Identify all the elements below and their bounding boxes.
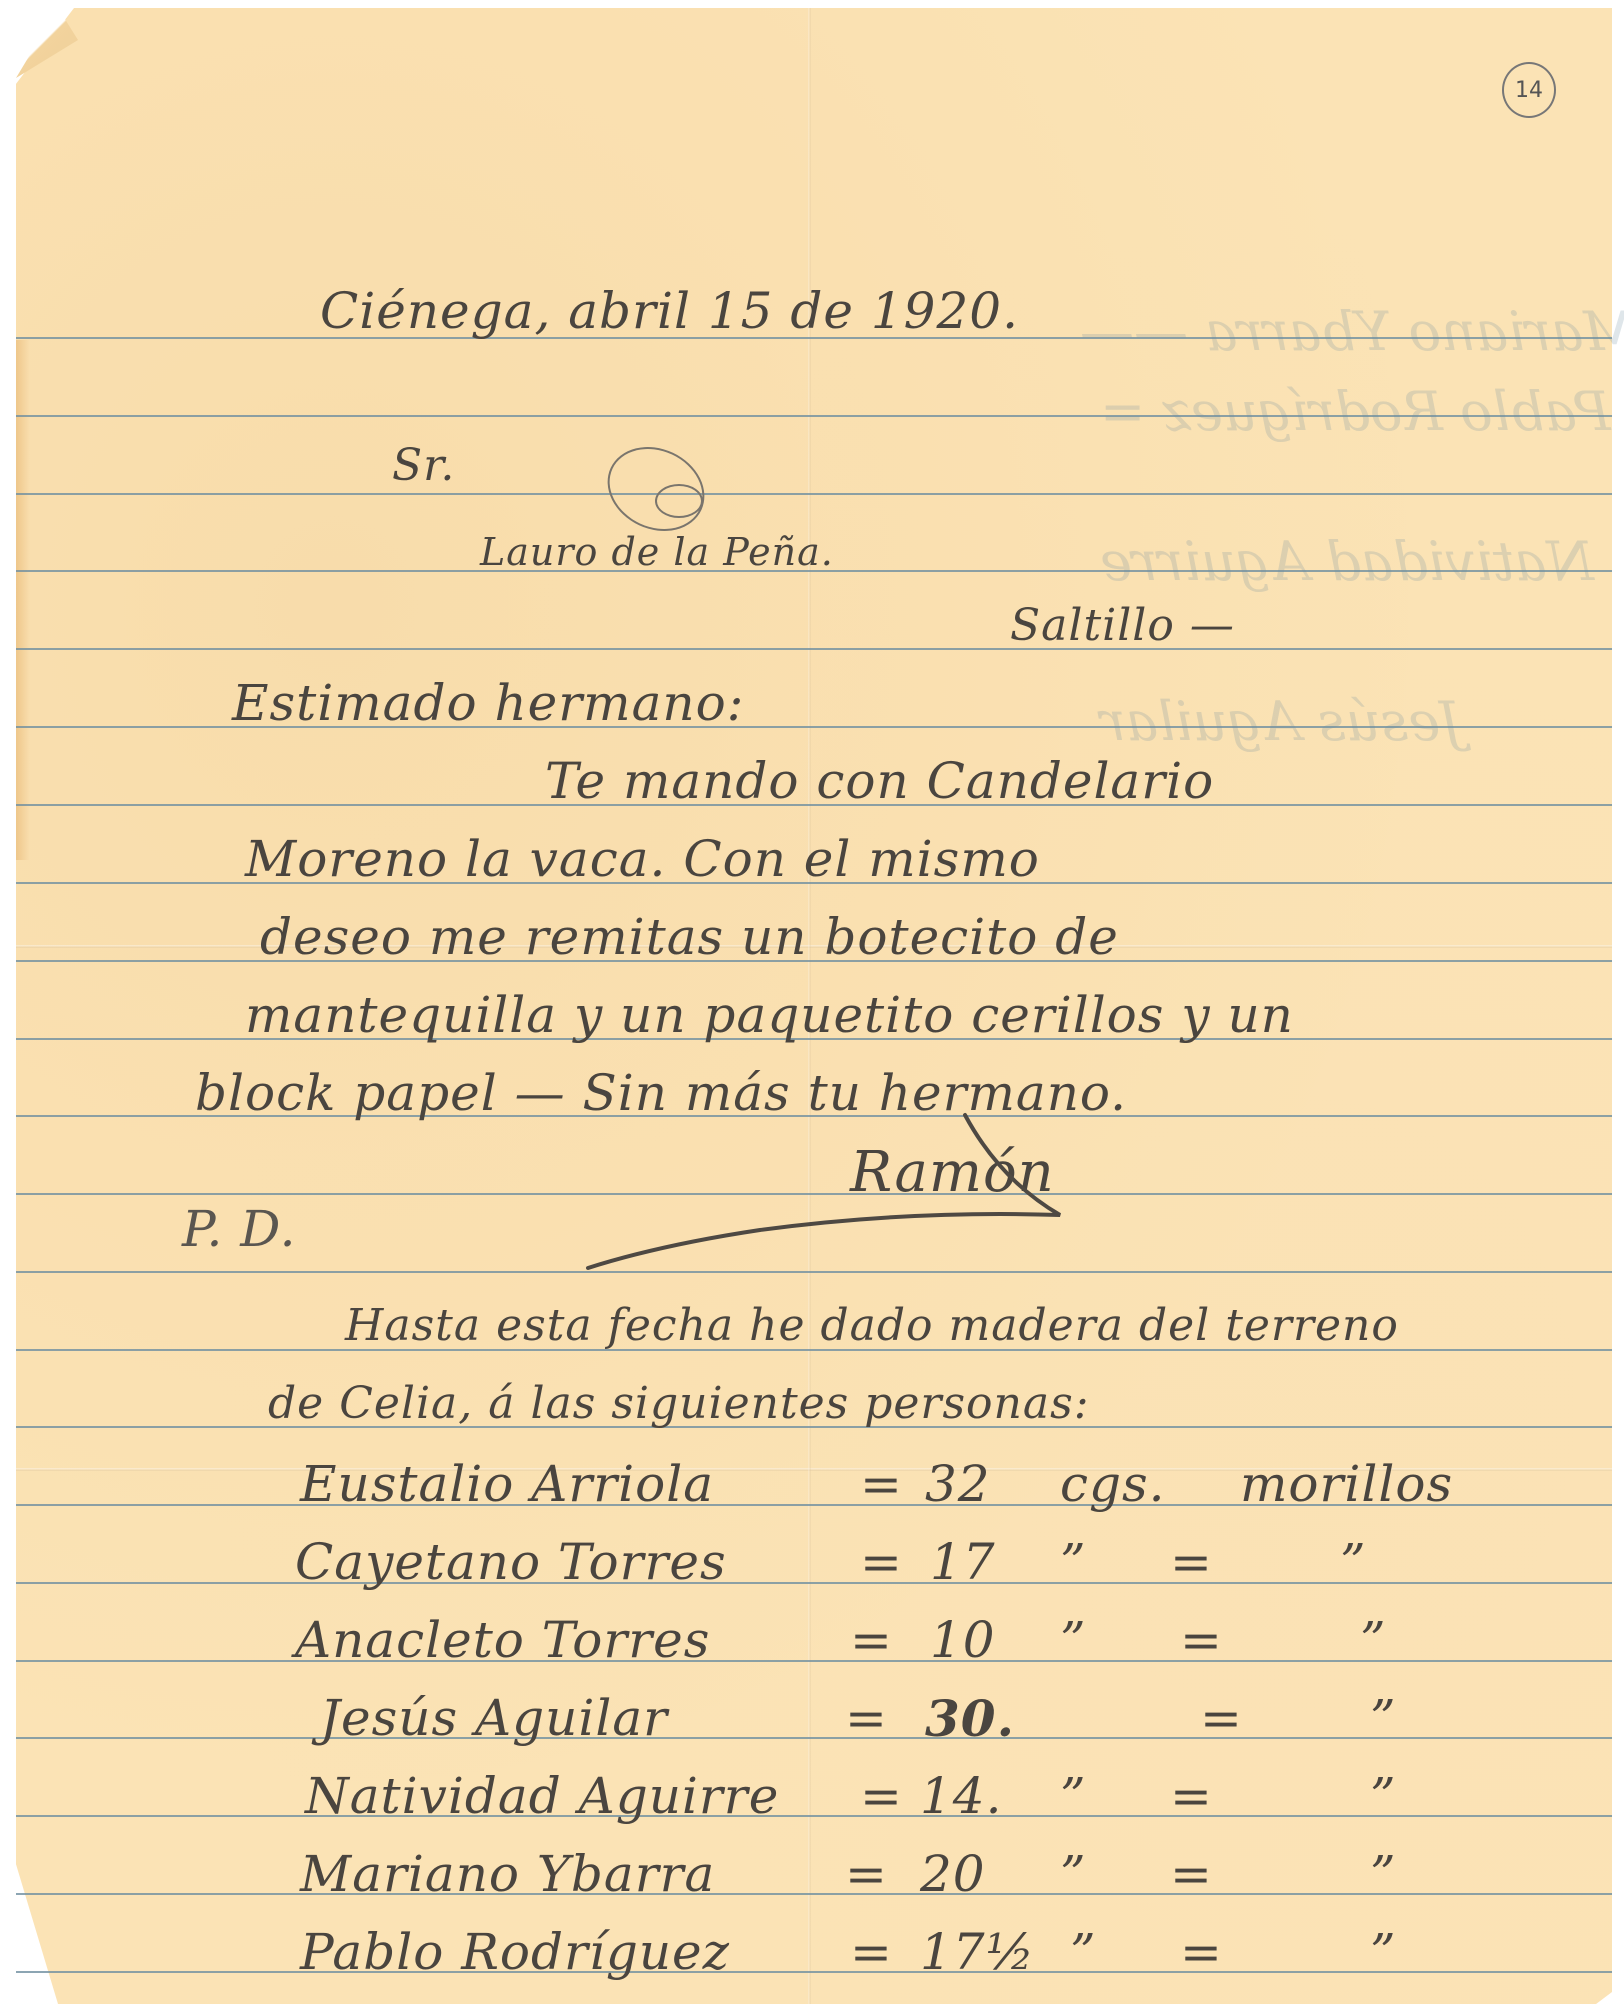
bleed-through-text: Mariano Ybarra —— bbox=[1080, 300, 1624, 363]
ledger-name: Mariano Ybarra bbox=[300, 1845, 715, 1903]
ledger-equals-2: = bbox=[1200, 1689, 1243, 1747]
ledger-type: ” bbox=[1340, 1533, 1367, 1591]
ledger-type: ” bbox=[1360, 1611, 1387, 1669]
ledger-equals-2: = bbox=[1180, 1611, 1223, 1669]
ledger-name: Anacleto Torres bbox=[295, 1611, 710, 1669]
ledger-quantity: 30. bbox=[925, 1689, 1015, 1748]
ledger-unit: cgs. bbox=[1060, 1455, 1166, 1513]
place-date: Ciénega, abril 15 de 1920. bbox=[320, 282, 1019, 340]
ledger-type: ” bbox=[1370, 1923, 1397, 1981]
ledger-equals-2: = bbox=[1170, 1533, 1213, 1591]
ledger-quantity: 14. bbox=[920, 1767, 1003, 1825]
ledger-quantity: 17½ bbox=[920, 1923, 1035, 1981]
ledger-equals: = bbox=[845, 1845, 888, 1903]
ledger-quantity: 20 bbox=[920, 1845, 986, 1903]
ledger-quantity: 17 bbox=[930, 1533, 996, 1591]
ledger-type: ” bbox=[1370, 1689, 1397, 1747]
ledger-equals-2: = bbox=[1180, 1923, 1223, 1981]
body-line: Te mando con Candelario bbox=[545, 752, 1214, 810]
ledger-equals: = bbox=[850, 1923, 893, 1981]
ledger-type: ” bbox=[1370, 1767, 1397, 1825]
postscript-label: P. D. bbox=[182, 1200, 297, 1258]
bleed-through-text: Natividad Aguirre bbox=[1100, 530, 1594, 593]
recipient-name: Lauro de la Peña. bbox=[480, 530, 834, 574]
ledger-equals-2: = bbox=[1170, 1845, 1213, 1903]
body-line: Moreno la vaca. Con el mismo bbox=[245, 830, 1040, 888]
postscript-line: Hasta esta fecha he dado madera del terr… bbox=[345, 1300, 1399, 1351]
ledger-equals-2: = bbox=[1170, 1767, 1213, 1825]
ledger-unit: ” bbox=[1060, 1611, 1087, 1669]
bleed-through-text: Jesús Aguilar bbox=[1100, 690, 1462, 753]
body-line: mantequilla y un paquetito cerillos y un bbox=[245, 986, 1294, 1044]
ledger-type: morillos bbox=[1240, 1455, 1453, 1513]
ledger-type: ” bbox=[1370, 1845, 1397, 1903]
ledger-name: Jesús Aguilar bbox=[320, 1689, 668, 1747]
ledger-name: Pablo Rodríguez bbox=[300, 1923, 730, 1981]
signature-flourish-icon bbox=[580, 1110, 1100, 1280]
ledger-unit: ” bbox=[1060, 1533, 1087, 1591]
paper-stain bbox=[16, 340, 30, 860]
body-line: deseo me remitas un botecito de bbox=[260, 908, 1119, 966]
postscript-line: de Celia, á las siguientes personas: bbox=[268, 1378, 1090, 1429]
ledger-unit: ” bbox=[1070, 1923, 1097, 1981]
ledger-equals: = bbox=[860, 1767, 903, 1825]
flourish-loop-icon bbox=[655, 484, 703, 518]
ledger-quantity: 32 bbox=[925, 1455, 991, 1513]
bleed-through-text: Pablo Rodríguez = bbox=[1100, 380, 1611, 443]
ledger-equals: = bbox=[860, 1533, 903, 1591]
ledger-quantity: 10 bbox=[930, 1611, 996, 1669]
ledger-name: Cayetano Torres bbox=[295, 1533, 727, 1591]
ledger-equals: = bbox=[845, 1689, 888, 1747]
ledger-unit: ” bbox=[1060, 1845, 1087, 1903]
ledger-equals: = bbox=[850, 1611, 893, 1669]
greeting: Estimado hermano: bbox=[232, 674, 745, 732]
ledger-unit: ” bbox=[1060, 1767, 1087, 1825]
ledger-name: Eustalio Arriola bbox=[300, 1455, 714, 1513]
salutation-prefix: Sr. bbox=[392, 440, 455, 491]
recipient-city: Saltillo — bbox=[1010, 600, 1235, 651]
ledger-name: Natividad Aguirre bbox=[305, 1767, 779, 1825]
ledger-equals: = bbox=[860, 1455, 903, 1513]
page-number-badge: 14 bbox=[1502, 62, 1556, 118]
